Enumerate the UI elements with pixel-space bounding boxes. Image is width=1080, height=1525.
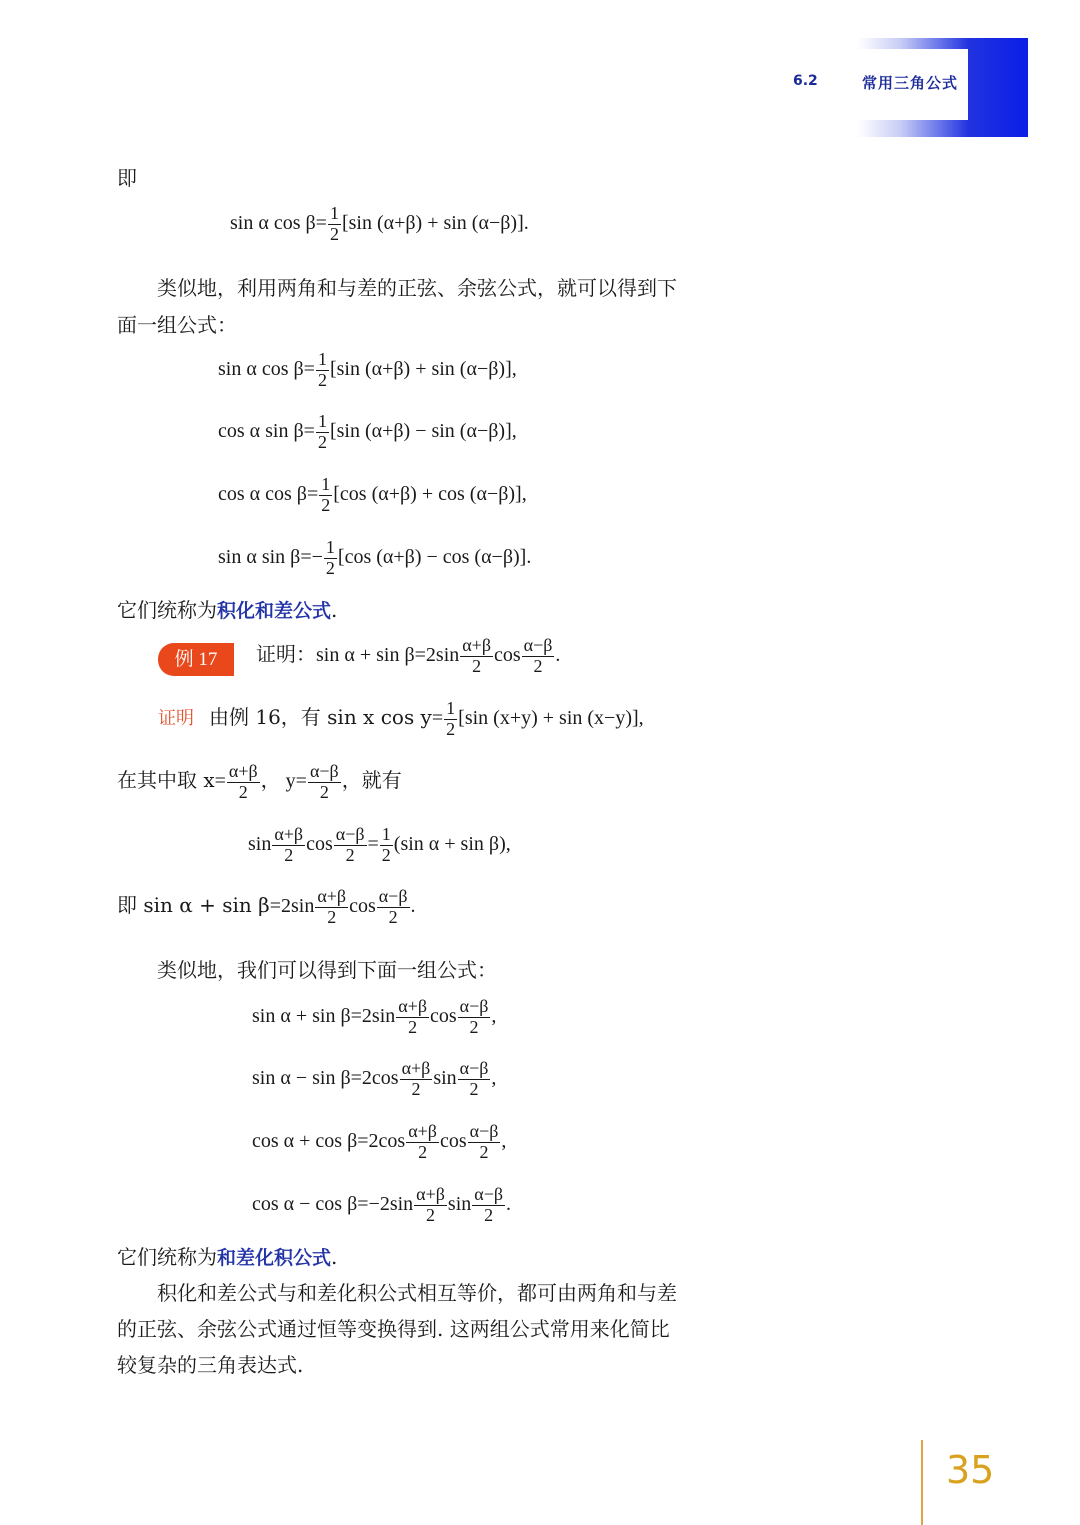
proof-line-1: 证明 由例 16，有 sin x cos y=12[sin (x+y) + si…: [158, 699, 644, 740]
term-sum-to-product: 和差化积公式: [217, 1247, 331, 1269]
eq-rhs: [sin (α+β) + sin (α−β)].: [342, 212, 529, 234]
example-statement: 证明：sin α + sin β=2sinα+β2cosα−β2.: [256, 636, 560, 677]
eq-lhs: sin α cos β: [230, 212, 316, 234]
example-badge: 例 17: [158, 643, 234, 676]
paragraph-3-line-2: 的正弦、余弦公式通过恒等变换得到. 这两组公式常用来化简比: [117, 1319, 670, 1339]
proof-line-2: 在其中取 x=α+β2， y=α−β2，就有: [117, 762, 402, 803]
paragraph-3-line-3: 较复杂的三角表达式.: [117, 1355, 303, 1375]
proof-equation: sinα+β2cosα−β2=12(sin α + sin β),: [248, 825, 511, 866]
sum-to-product-formula-4: cos α − cos β=−2sinα+β2sinα−β2.: [252, 1185, 511, 1226]
fraction: 12: [328, 204, 341, 245]
paragraph-1-line-1: 类似地，利用两角和与差的正弦、余弦公式，就可以得到下: [157, 278, 677, 298]
page-number-divider: [921, 1440, 923, 1525]
product-to-sum-formula-4: sin α sin β=−12[cos (α+β) − cos (α−β)].: [218, 538, 531, 579]
product-to-sum-formula-1: sin α cos β=12[sin (α+β) + sin (α−β)],: [218, 350, 517, 391]
equation-intro: sin α cos β=12[sin (α+β) + sin (α−β)].: [230, 204, 529, 245]
sum-to-product-formula-3: cos α + cos β=2cosα+β2cosα−β2,: [252, 1122, 506, 1163]
page-number: 35: [946, 1448, 994, 1492]
proof-label: 证明: [158, 708, 194, 729]
intro-word: 即: [117, 168, 137, 188]
product-to-sum-formula-3: cos α cos β=12[cos (α+β) + cos (α−β)],: [218, 475, 527, 516]
sum-to-product-formula-1: sin α + sin β=2sinα+β2cosα−β2,: [252, 997, 496, 1038]
paragraph-3-line-1: 积化和差公式与和差化积公式相互等价，都可由两角和与差: [157, 1283, 677, 1303]
section-title: 常用三角公式: [862, 72, 958, 93]
section-number: 6.2: [793, 73, 818, 89]
term-product-to-sum: 积化和差公式: [217, 600, 331, 622]
paragraph-2: 类似地，我们可以得到下面一组公式：: [157, 960, 497, 980]
sum-to-product-formula-2: sin α − sin β=2cosα+β2sinα−β2,: [252, 1059, 496, 1100]
proof-conclusion: 即 sin α + sin β=2sinα+β2cosα−β2.: [117, 887, 416, 928]
summary-sum-to-product: 它们统称为和差化积公式.: [117, 1247, 337, 1268]
summary-product-to-sum: 它们统称为积化和差公式.: [117, 600, 337, 621]
paragraph-1-line-2: 面一组公式：: [117, 315, 237, 335]
product-to-sum-formula-2: cos α sin β=12[sin (α+β) − sin (α−β)],: [218, 412, 517, 453]
